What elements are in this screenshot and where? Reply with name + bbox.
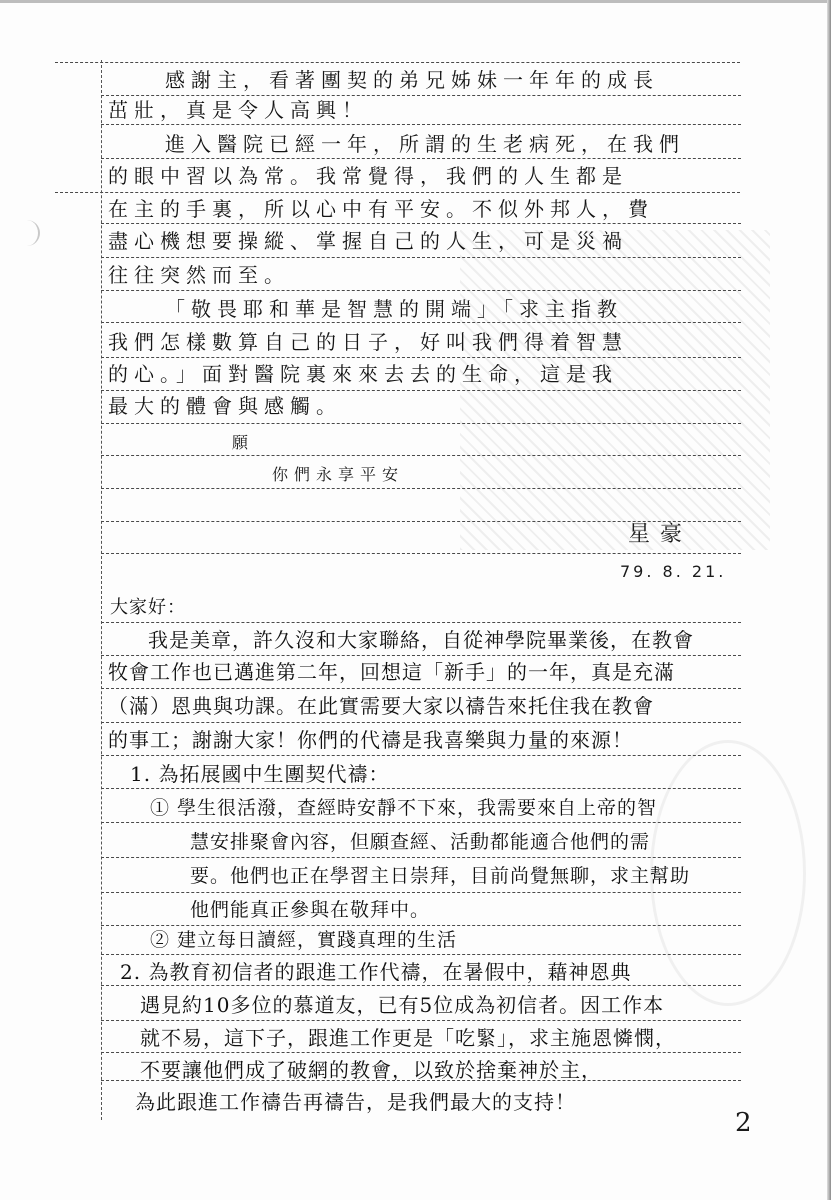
ruled-line	[101, 655, 741, 656]
ruled-line	[101, 1020, 741, 1021]
prayer-item-1-heading: 1. 為拓展國中生團契代禱：	[130, 762, 389, 786]
prayer-subitem-1-line: 慧安排聚會內容，但願查經、活動都能適合他們的需	[190, 830, 650, 854]
letter-1-line: 感謝主，看著團契的弟兄姊妹一年年的成長	[165, 68, 659, 92]
scan-right-edge	[827, 0, 831, 1200]
ruled-line	[101, 788, 741, 789]
ruled-line	[101, 892, 741, 893]
closing-prefix: 願	[232, 430, 252, 453]
punch-hole-mark	[14, 220, 40, 246]
prayer-item-2-line: 就不易，這下子，跟進工作更是「吃緊」，求主施恩憐憫，	[140, 1026, 676, 1050]
scanned-page: 感謝主，看著團契的弟兄姊妹一年年的成長 茁壯，真是令人高興！ 進入醫院已經一年，…	[0, 0, 831, 1200]
letter-1-line: 「敬畏耶和華是智慧的開端」「求主指教	[165, 297, 623, 321]
prayer-subitem-2: ② 建立每日讀經，實踐真理的生活	[150, 928, 457, 952]
letter-1-line: 的心。」面對醫院裏來來去去的生命，這是我	[108, 362, 618, 386]
ruled-line	[101, 357, 741, 358]
ruled-line	[101, 390, 741, 391]
ruled-line	[101, 223, 741, 224]
ruled-line	[101, 95, 741, 96]
ruled-line	[101, 925, 741, 926]
prayer-subitem-1-line: 他們能真正參與在敬拜中。	[190, 898, 430, 922]
closing-blessing: 你們永享平安	[272, 462, 404, 485]
letter-1-line: 盡心機想要操縱、掌握自己的人生，可是災禍	[108, 229, 628, 253]
ruled-line	[101, 423, 741, 424]
letter-1-line: 最大的體會與感觸。	[108, 394, 342, 418]
signature: 星豪	[628, 517, 692, 548]
scan-top-edge	[0, 0, 831, 3]
ruled-line	[55, 192, 740, 193]
greeting: 大家好：	[110, 596, 186, 620]
ruled-line	[101, 290, 741, 291]
letter-date: 79. 8. 21.	[620, 562, 726, 581]
ruled-line	[101, 124, 741, 125]
prayer-item-2-line: 為此跟進工作禱告再禱告，是我們最大的支持！	[135, 1090, 576, 1114]
letter-2-line: 牧會工作也已邁進第二年，回想這「新手」的一年，真是充滿	[108, 660, 675, 684]
ruled-line	[101, 488, 741, 489]
ruled-line	[101, 455, 741, 456]
ruled-line	[101, 755, 741, 756]
left-margin-line	[101, 60, 102, 1120]
ruled-line	[101, 322, 741, 323]
letter-1-line: 的眼中習以為常。我常覺得，我們的人生都是	[108, 164, 628, 188]
prayer-subitem-1: ① 學生很活潑，查經時安靜不下來，我需要來自上帝的智	[150, 796, 657, 820]
ruled-line	[101, 985, 741, 986]
prayer-item-2-heading: 2. 為教育初信者的跟進工作代禱，在暑假中，藉神恩典	[120, 960, 631, 984]
letter-1-line: 茁壯，真是令人高興！	[108, 98, 368, 122]
letter-2-line: （滿）恩典與功課。在此實需要大家以禱告來托住我在教會	[108, 694, 654, 718]
letter-1-line: 進入醫院已經一年，所謂的生老病死，在我們	[165, 132, 685, 156]
letter-1-line: 我們怎樣數算自己的日子，好叫我們得着智慧	[108, 330, 628, 354]
ruled-line	[101, 257, 741, 258]
prayer-item-2-line: 不要讓他們成了破網的教會，以致於捨棄神於主，	[140, 1058, 602, 1082]
letter-2-line: 我是美章，許久沒和大家聯絡，自從神學院畢業後，在教會	[148, 628, 694, 652]
ruled-line	[55, 62, 740, 63]
ruled-line	[101, 954, 741, 955]
prayer-item-2-line: 遇見約10多位的慕道友，已有5位成為初信者。因工作本	[140, 993, 664, 1017]
letter-1-line: 在主的手裏，所以心中有平安。不似外邦人，費	[108, 197, 654, 221]
ruled-line	[101, 158, 741, 159]
ruled-line	[101, 688, 741, 689]
page-number: 2	[735, 1108, 752, 1138]
prayer-subitem-1-line: 要。他們也正在學習主日崇拜，目前尚覺無聊，求主幫助	[190, 864, 690, 888]
letter-1-line: 往往突然而至。	[108, 263, 290, 287]
ruled-line	[101, 1052, 741, 1053]
ruled-line	[101, 822, 741, 823]
letter-2-line: 的事工；謝謝大家！你們的代禱是我喜樂與力量的來源！	[108, 728, 633, 752]
ruled-line	[101, 622, 741, 623]
ruled-line	[101, 857, 741, 858]
ruled-line	[101, 553, 741, 554]
ruled-line	[101, 722, 741, 723]
